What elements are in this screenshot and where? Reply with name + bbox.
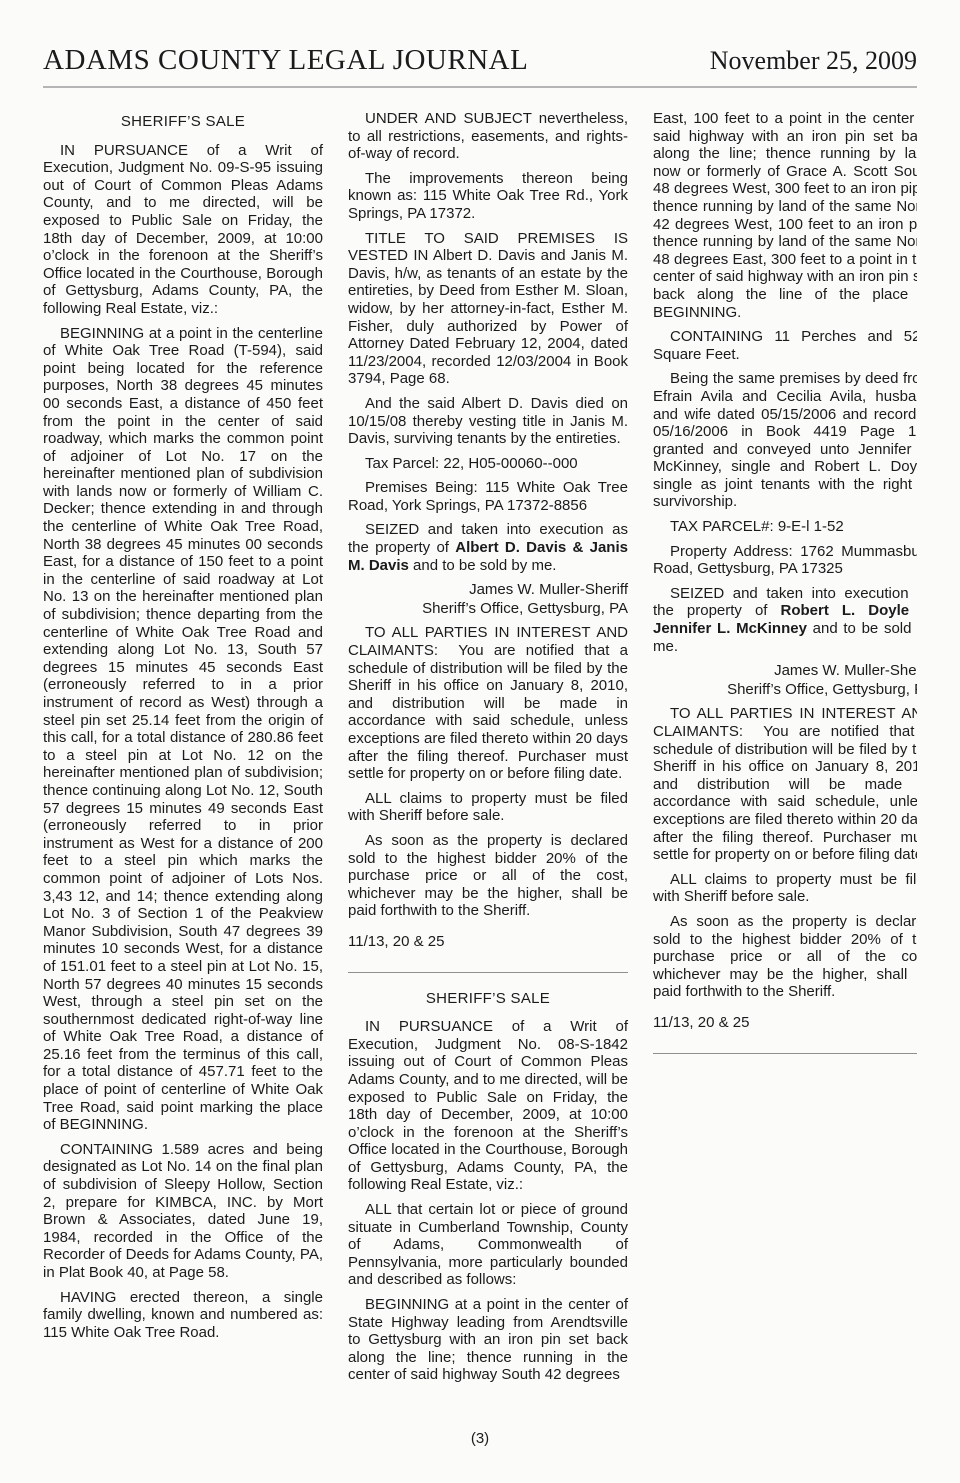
notice-divider <box>348 972 628 973</box>
premises-line: Premises Being: 115 White Oak Tree Road,… <box>348 479 628 514</box>
paragraph-beginning-2-continuation: East, 100 feet to a point in the center … <box>653 110 917 321</box>
publication-dates-2: 11/13, 20 & 25 <box>653 1014 917 1032</box>
column-layout: SHERIFF’S SALE IN PURSUANCE of a Writ of… <box>43 110 917 1410</box>
seized-suffix: and to be sold by me. <box>409 557 557 574</box>
column-1: SHERIFF’S SALE IN PURSUANCE of a Writ of… <box>43 110 323 1410</box>
paragraph-containing-perches: CONTAINING 11 Perches and 52.5 Square Fe… <box>653 328 917 363</box>
paragraph-under-and-subject: UNDER AND SUBJECT nevertheless, to all r… <box>348 110 628 163</box>
column-2: UNDER AND SUBJECT nevertheless, to all r… <box>348 110 628 1410</box>
sale-heading-2: SHERIFF’S SALE <box>348 990 628 1008</box>
sheriff-office-line-2: Sheriff’s Office, Gettysburg, PA <box>653 681 917 699</box>
sale-heading: SHERIFF’S SALE <box>43 113 323 131</box>
notice-divider-2 <box>653 1053 917 1054</box>
tax-parcel-line-2: TAX PARCEL#: 9-E-l 1-52 <box>653 518 917 536</box>
tax-parcel-line: Tax Parcel: 22, H05-00060--000 <box>348 455 628 473</box>
sheriff-name-line: James W. Muller-Sheriff <box>348 581 628 599</box>
paragraph-all-claims-2: ALL claims to property must be filed wit… <box>653 871 917 906</box>
sheriff-office-line: Sheriff’s Office, Gettysburg, PA <box>348 600 628 618</box>
paragraph-to-all-parties-2: TO ALL PARTIES IN INTEREST AND CLAIMANTS… <box>653 705 917 863</box>
masthead: ADAMS COUNTY LEGAL JOURNAL November 25, … <box>43 44 917 77</box>
paragraph-containing-acreage: CONTAINING 1.589 acres and being designa… <box>43 1141 323 1282</box>
publication-dates: 11/13, 20 & 25 <box>348 933 628 951</box>
paragraph-seized-2: SEIZED and taken into execution as the p… <box>653 585 917 655</box>
paragraph-to-all-parties: TO ALL PARTIES IN INTEREST AND CLAIMANTS… <box>348 624 628 782</box>
paragraph-beginning-metes-bounds: BEGINNING at a point in the centerline o… <box>43 325 323 1134</box>
signature-block: James W. Muller-Sheriff Sheriff’s Office… <box>348 581 628 617</box>
issue-date: November 25, 2009 <box>710 46 917 76</box>
paragraph-seized: SEIZED and taken into execution as the p… <box>348 521 628 574</box>
property-address-line: Property Address: 1762 Mummasburg Road, … <box>653 543 917 578</box>
paragraph-having-erected: HAVING erected thereon, a single family … <box>43 1289 323 1342</box>
journal-title: ADAMS COUNTY LEGAL JOURNAL <box>43 44 528 77</box>
masthead-rule <box>43 86 917 88</box>
paragraph-death-vesting: And the said Albert D. Davis died on 10/… <box>348 395 628 448</box>
page-number: (3) <box>0 1430 960 1447</box>
paragraph-beginning-2: BEGINNING at a point in the center of St… <box>348 1296 628 1384</box>
column-3: East, 100 feet to a point in the center … <box>653 110 917 1410</box>
paragraph-being-same-premises: Being the same premises by deed from Efr… <box>653 370 917 511</box>
paragraph-in-pursuance-2: IN PURSUANCE of a Writ of Execution, Jud… <box>348 1018 628 1194</box>
paragraph-in-pursuance: IN PURSUANCE of a Writ of Execution, Jud… <box>43 142 323 318</box>
paragraph-as-soon-as: As soon as the property is declared sold… <box>348 832 628 920</box>
sheriff-name-line-2: James W. Muller-Sheriff <box>653 662 917 680</box>
paragraph-all-claims: ALL claims to property must be filed wit… <box>348 790 628 825</box>
signature-block-2: James W. Muller-Sheriff Sheriff’s Office… <box>653 662 917 698</box>
paragraph-all-that-lot: ALL that certain lot or piece of ground … <box>348 1201 628 1289</box>
paragraph-title-vested: TITLE TO SAID PREMISES IS VESTED IN Albe… <box>348 230 628 388</box>
paragraph-as-soon-as-2: As soon as the property is declared sold… <box>653 913 917 1001</box>
legal-journal-page: ADAMS COUNTY LEGAL JOURNAL November 25, … <box>0 0 960 1483</box>
paragraph-improvements: The improvements thereon being known as:… <box>348 170 628 223</box>
